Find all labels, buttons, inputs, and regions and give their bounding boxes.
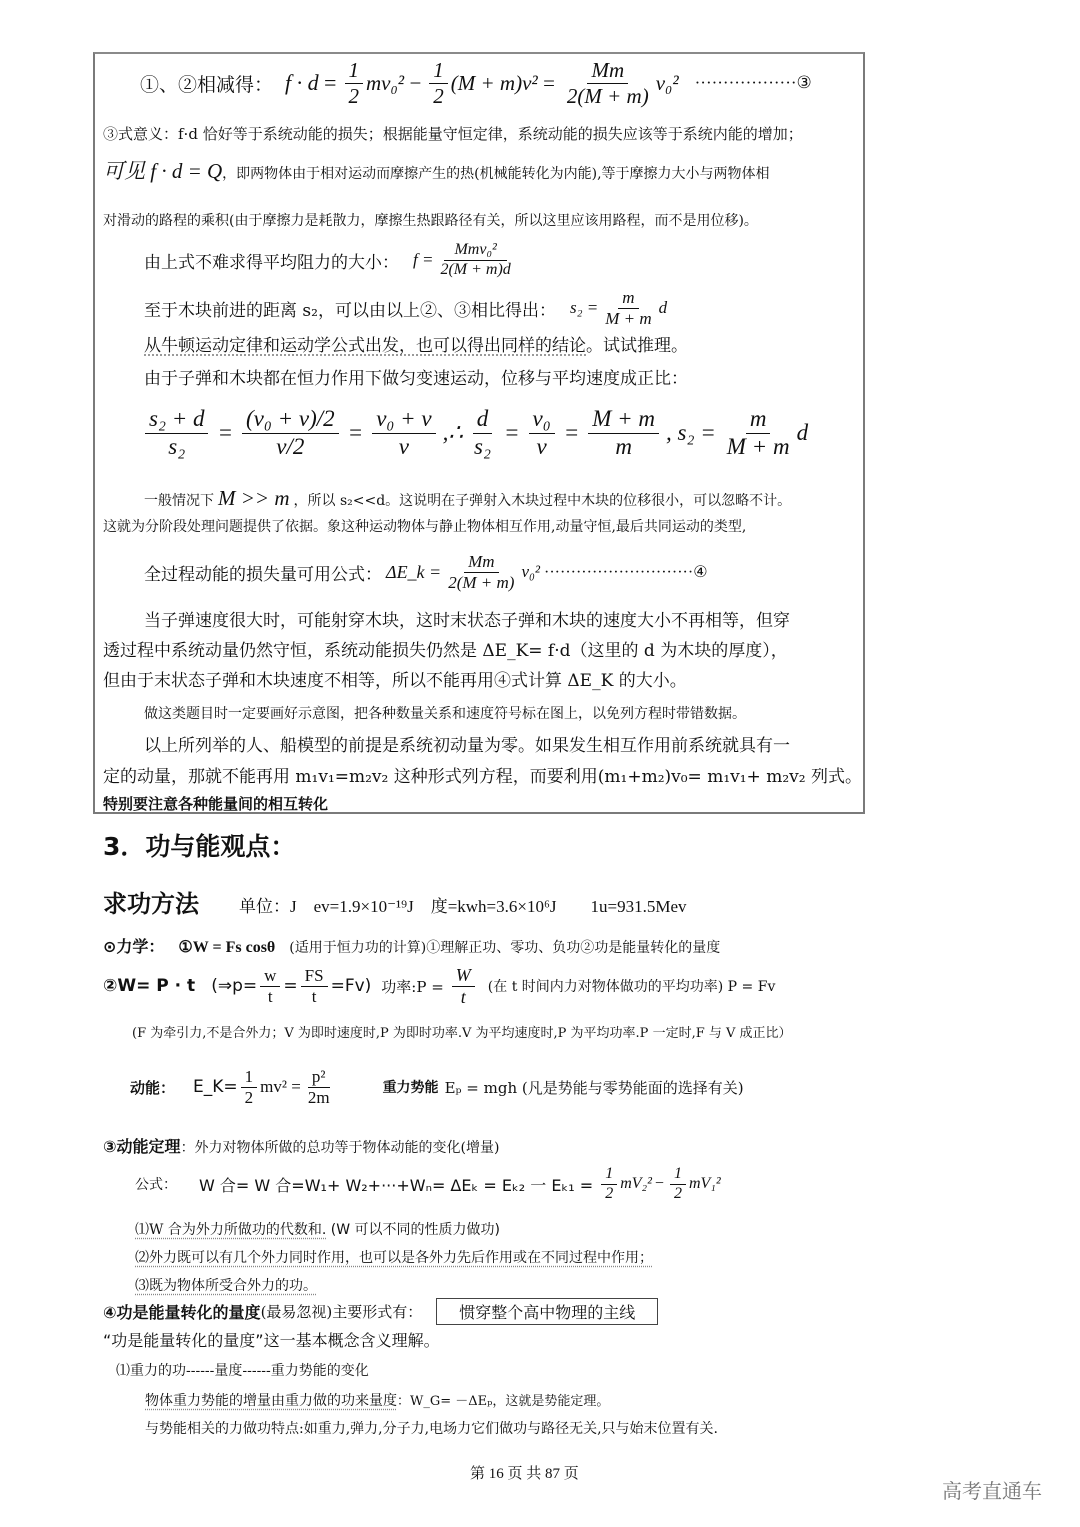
meaning-line-1: ③式意义：f·d 恰好等于系统动能的损失；根据能量守恒定律，系统动能的损失应该等… [103,123,803,144]
ke-label: 动能： [130,1077,175,1098]
s2-lhs: s₂ = [570,298,598,318]
avg-force-lhs: f = [413,250,433,270]
loss-frac: Mm2(M + m) [444,552,518,592]
eq3-prefix: ①、②相减得： [140,70,273,97]
gravity-line: 物体重力势能的增量由重力做的功来量度：W_G= －ΔEₚ，这就是势能定理。 [145,1390,609,1410]
theorem-text: ：外力对物体所做的总功等于物体动能的变化(增量) [181,1137,500,1157]
note-bold: 特别要注意各种能量间的相互转化 [103,793,328,814]
big-equation: s₂ + ds₂ = (v₀ + v)/2v/2 = v₀ + vv ,∴ ds… [142,398,808,468]
eq3-rhs-rest: v₀² [656,71,679,96]
method-line: 求功方法 单位：J ev=1.9×10⁻¹⁹J 度=kwh=3.6×10⁶J 1… [103,884,687,919]
work-measure-text: 主要形式有： [332,1301,422,1322]
power-line: ②W= P · t (⇒p= wt = FSt =Fv) 功率:P = Wt (… [103,958,775,1014]
avg-force-text: 由上式不难求得平均阻力的大小： [144,248,399,273]
pe-label: 重力势能 [383,1077,439,1097]
power-eq: = [283,976,297,996]
minus-sign: − [408,71,422,96]
loss-marker: ····························④ [544,562,708,582]
equals-sign-2: = [542,71,556,96]
general-post: ，所以 s₂<<d。这说明在子弹射入木块过程中木块的位移很小，可以忽略不计。 [294,490,792,510]
equals: = [348,420,364,446]
s2-frac: mM + m [601,288,655,328]
formula-frac-1: 12 [601,1165,617,1203]
loss-formula-line: 全过程动能的损失量可用公式： ΔE_k = Mm2(M + m) v₀² ···… [144,544,708,600]
loss-rest: v₀² [521,562,540,582]
section-heading: 3．功与能观点： [103,827,295,863]
theorem-formula: 公式： W 合= W 合=W₁+ W₂+···+Wₙ= ΔEₖ = Eₖ₂ 一 … [135,1160,721,1208]
eq3-lhs: f · d [285,70,319,96]
s2-line: 至于木块前进的距离 s₂，可以由以上②、③相比得出： s₂ = mM + m d [144,285,667,331]
s2-label: , s₂ = [666,420,716,446]
power-label: 功率:P = [381,976,443,997]
gravity-item: ⑴重力的功------量度------重力势能的变化 [116,1360,369,1380]
power-paren-close: =Fv) [331,976,372,996]
fd-equals-q: 可见 f · d = Q [103,155,222,185]
formula-term-2: mV₁² [689,1175,721,1193]
power-frac-3: Wt [452,965,475,1007]
work-measure-line: ④功是能量转化的量度 (最易忽视) 主要形式有： 惯穿整个高中物理的主线 [103,1298,658,1325]
pe-formula: Eₚ = mgh (凡是势能与零势能面的选择有关) [445,1077,744,1098]
power-formula: ②W= P · t [103,976,195,996]
power-frac-2: FSt [301,966,328,1006]
work-measure-paren: (最易忽视) [261,1301,333,1322]
big-frac-5: v₀v [529,406,555,460]
eq3-marker: ··················③ [695,73,812,93]
units-text: 单位：J ev=1.9×10⁻¹⁹J 度=kwh=3.6×10⁶J 1u=931… [239,892,687,917]
ke-lhs: E_K= [193,1077,238,1097]
model-line-2: 定的动量，那就不能再用 m₁v₁=m₂v₂ 这种形式列方程，而要利用(m₁+m₂… [103,762,862,787]
big-eq-d: d [797,420,809,446]
theorem-item-3: ⑶既为物体所受合外力的功。 [135,1275,317,1295]
big-frac-3: v₀ + vv [372,406,435,460]
avg-force-frac: Mmv₀²2(M + m)d [436,241,514,279]
ke-frac-1: 12 [241,1067,258,1107]
newton-rest: 。试试推理。 [586,336,688,356]
gravity-rest: ：W_G= －ΔEₚ，这就是势能定理。 [397,1394,609,1409]
meaning-line-2: 可见 f · d = Q ，即两物体由于相对运动而摩擦产生的热(机械能转化为内能… [103,155,770,185]
watermark: 高考直通车 [942,1475,1042,1504]
theorem-item-2: ⑵外力既可以有几个外力同时作用，也可以是各外力先后作用或在不同过程中作用； [135,1247,653,1267]
pierce-line-1: 当子弹速度很大时，可能射穿木块，这时末状态子弹和木块的速度大小不再相等，但穿 [144,606,790,631]
newton-underlined: 从牛顿运动定律和运动学公式出发，也可以得出同样的结论 [144,336,586,356]
big-frac-1: s₂ + ds₂ [145,406,208,460]
power-paren-open: (⇒p= [211,976,257,996]
mechanics-label: ⊙力学： [103,934,164,957]
gravity-underlined: 物体重力势能的增量由重力做的功来量度 [145,1393,397,1409]
general-pre: 一般情况下 [144,490,214,510]
item-1-underlined: ⑴W 合为外力所做功的代数和. [135,1222,326,1238]
item-3-underlined: ⑶既为物体所受合外力的功。 [135,1278,317,1294]
mechanics-line: ⊙力学： ①W = Fs cosθ (适用于恒力功的计算)①理解正功、零功、负功… [103,934,720,957]
loss-text: 全过程动能的损失量可用公式： [144,560,382,585]
pierce-line-2: 透过程中系统动量仍然守恒，系统动能损失仍然是 ΔE_K= f·d（这里的 d 为… [103,636,788,661]
eq3-frac3: Mm2(M + m) [563,58,653,107]
meaning-line-2-text: ，即两物体由于相对运动而摩擦产生的热(机械能转化为内能),等于摩擦力大小与两物体… [222,163,769,183]
equals: = [504,420,520,446]
mechanics-note: (适用于恒力功的计算)①理解正功、零功、负功②功是能量转化的量度 [289,937,720,957]
boxed-main-line: 惯穿整个高中物理的主线 [436,1298,658,1325]
formula-main: W 合= W 合=W₁+ W₂+···+Wₙ= ΔEₖ = Eₖ₂ 一 Eₖ₁ … [199,1173,593,1196]
average-force-line: 由上式不难求得平均阻力的大小： f = Mmv₀²2(M + m)d [144,232,518,288]
big-frac-6: M + mm [588,406,659,460]
mechanics-formula: ①W = Fs cosθ [178,937,275,957]
method-title: 求功方法 [103,884,199,919]
eq3-term1: mv₀² [366,71,404,96]
big-frac-7: mM + m [723,406,794,460]
equation-3: ①、②相减得： f · d = 12 mv₀² − 12 (M + m)v² =… [140,58,812,108]
theorem-line: ③动能定理 ：外力对物体所做的总功等于物体动能的变化(增量) [103,1134,500,1157]
meaning-line-3: 对滑动的路程的乘积(由于摩擦力是耗散力，摩擦生热跟路径有关，所以这里应该用路程，… [103,210,758,230]
s2-text: 至于木块前进的距离 s₂，可以由以上②、③相比得出： [144,296,556,321]
formula-frac-2: 12 [670,1165,686,1203]
item-2-underlined: ⑵外力既可以有几个外力同时作用，也可以是各外力先后作用或在不同过程中作用； [135,1250,653,1266]
eq3-frac1: 12 [345,58,364,107]
traction-note: (F 为牵引力,不是合外力；V 为即时速度时,P 为即时功率.V 为平均速度时,… [132,1022,792,1041]
therefore-sign: ,∴ [443,420,463,446]
item-1-rest: (W 可以不同的性质力做功) [326,1222,500,1238]
page-number: 第 16 页 共 87 页 [470,1462,579,1483]
power-frac-1: wt [260,966,280,1006]
ke-frac-2: p²2m [304,1067,334,1107]
formula-minus: − [655,1175,664,1193]
model-line-1: 以上所列举的人、船模型的前提是系统初动量为零。如果发生相互作用前系统就具有一 [144,731,790,756]
pierce-line-3: 但由于末状态子弹和木块速度不相等，所以不能再用④式计算 ΔE_K 的大小。 [103,666,687,691]
equals: = [217,420,233,446]
formula-term-1: mV₂² [620,1175,652,1193]
eq3-frac2: 12 [429,58,448,107]
big-frac-2: (v₀ + v)/2v/2 [242,406,339,460]
newton-line: 从牛顿运动定律和运动学公式出发，也可以得出同样的结论。试试推理。 [144,331,688,356]
formula-label: 公式： [135,1174,177,1194]
general-math: M >> m [218,486,290,511]
kinetic-energy-line: 动能： E_K= 12 mv² = p²2m 重力势能 Eₚ = mgh (凡是… [130,1058,744,1116]
big-frac-4: ds₂ [470,406,495,460]
general-line-1: 一般情况下 M >> m ，所以 s₂<<d。这说明在子弹射入木块过程中木块的位… [144,486,791,511]
work-measure-label: ④功是能量转化的量度 [103,1300,261,1323]
ke-mid: mv² = [260,1077,301,1097]
diagram-tip: 做这类题目时一定要画好示意图，把各种数量关系和速度符号标在图上，以免列方程时带错… [144,703,746,723]
theorem-label: ③动能定理 [103,1134,181,1157]
conservative-line: 与势能相关的力做功特点:如重力,弹力,分子力,电场力它们做功与路径无关,只与始末… [145,1418,718,1438]
general-line-2: 这就为分阶段处理问题提供了依据。象这种运动物体与静止物体相互作用,动量守恒,最后… [103,516,746,536]
equals: = [564,420,580,446]
eq3-term2: (M + m)v² [451,71,538,96]
loss-lhs: ΔE_k = [386,562,441,583]
equals-sign: = [323,70,338,96]
s2-rest: d [659,298,668,318]
uniform-line: 由于子弹和木块都在恒力作用下做匀变速运动，位移与平均速度成正比： [144,364,688,389]
theorem-item-1: ⑴W 合为外力所做功的代数和. (W 可以不同的性质力做功) [135,1219,500,1239]
power-note: (在 t 时间内力对物体做功的平均功率) P = Fv [488,976,776,996]
concept-line: “功是能量转化的量度”这一基本概念含义理解。 [103,1328,440,1351]
